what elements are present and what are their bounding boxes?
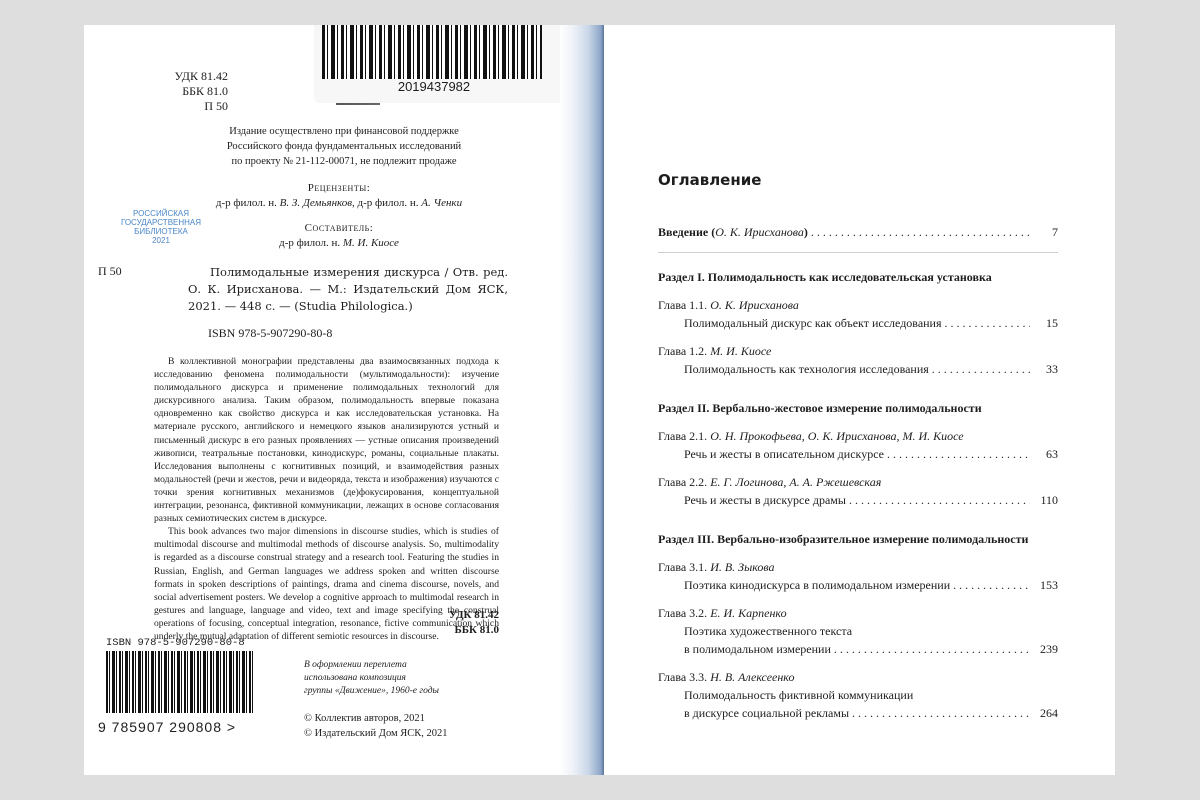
page-number: 33 — [1036, 360, 1058, 378]
chapter-title: в дискурсе социальной рекламы — [684, 704, 849, 722]
toc-chapter[interactable]: Глава 1.2. М. И. КиосеПолимодальность ка… — [658, 342, 1058, 378]
stamp-line: ГОСУДАРСТВЕННАЯ — [106, 218, 216, 227]
udk-code: УДК 81.42 — [414, 608, 499, 623]
toc-section-title[interactable]: Раздел II. Вербально-жестовое измерение … — [658, 400, 1058, 417]
chapter-title: Речь и жесты в дискурсе драмы — [684, 491, 846, 509]
stamp-line: 2021 — [106, 236, 216, 245]
chapter-heading: Глава 3.2. Е. И. Карпенко — [658, 604, 1058, 622]
divider — [658, 252, 1058, 253]
chapter-title: Поэтика художественного текста — [684, 622, 852, 640]
chapter-title-line: Поэтика художественного текста — [658, 622, 1058, 640]
chapter-title-line: Полимодальность фиктивной коммуникации — [658, 686, 1058, 704]
stamp-line: БИБЛИОТЕКА — [106, 227, 216, 236]
chapter-title-line: Речь и жесты в дискурсе драмы110 — [658, 491, 1058, 509]
isbn-barcode-label: ISBN 978-5-907290-80-8 — [106, 637, 245, 649]
page-number: 15 — [1036, 314, 1058, 332]
funding-note: Издание осуществлено при финансовой подд… — [184, 124, 504, 169]
design-line: группы «Движение», 1960-е годы — [304, 685, 439, 698]
page-number: 153 — [1036, 576, 1058, 594]
ean-number: 9 785907 290808 > — [98, 719, 236, 735]
library-barcode-sticker: 2019437982 — [314, 25, 574, 103]
chapter-title-line: в дискурсе социальной рекламы264 — [658, 704, 1058, 722]
reviewers-label: Рецензенты: — [174, 182, 504, 194]
design-line: использована композиция — [304, 672, 439, 685]
page-number: 110 — [1036, 491, 1058, 509]
copyright: © Коллектив авторов, 2021 © Издательский… — [304, 711, 448, 741]
chapter-authors: Н. В. Алексеенко — [710, 670, 794, 684]
reviewer-degree: д-р филол. н. — [216, 197, 280, 209]
leader-dots — [852, 704, 1030, 722]
library-stamp: РОССИЙСКАЯ ГОСУДАРСТВЕННАЯ БИБЛИОТЕКА 20… — [106, 209, 216, 245]
leader-dots — [849, 491, 1030, 509]
funding-line: Российского фонда фундаментальных исслед… — [184, 139, 504, 154]
toc-chapter[interactable]: Глава 3.2. Е. И. КарпенкоПоэтика художес… — [658, 604, 1058, 658]
leader-dots — [887, 445, 1030, 463]
compiler-label: Составитель: — [174, 222, 504, 234]
toc-chapter[interactable]: Глава 3.3. Н. В. АлексеенкоПолимодальнос… — [658, 668, 1058, 722]
leader-dots — [834, 640, 1030, 658]
chapter-number: Глава 1.1. — [658, 298, 710, 312]
chapter-heading: Глава 2.2. Е. Г. Логинова, А. А. Ржешевс… — [658, 473, 1058, 491]
classification-codes: УДК 81.42 ББК 81.0 П 50 — [164, 69, 228, 114]
toc-sections: Раздел I. Полимодальность как исследоват… — [658, 269, 1058, 722]
funding-line: Издание осуществлено при финансовой подд… — [184, 124, 504, 139]
toc-chapter[interactable]: Глава 2.1. О. Н. Прокофьева, О. К. Ирисх… — [658, 427, 1058, 463]
compiler: д-р филол. н. М. И. Киосе — [174, 237, 504, 249]
chapter-number: Глава 1.2. — [658, 344, 710, 358]
chapter-title-line: Поэтика кинодискурса в полимодальном изм… — [658, 576, 1058, 594]
chapter-heading: Глава 3.1. И. В. Зыкова — [658, 558, 1058, 576]
chapter-number: Глава 3.3. — [658, 670, 710, 684]
chapter-heading: Глава 1.2. М. И. Киосе — [658, 342, 1058, 360]
compiler-name: М. И. Киосе — [343, 237, 399, 249]
design-line: В оформлении переплета — [304, 659, 439, 672]
reviewers: д-р филол. н. В. З. Демьянков, д-р филол… — [174, 197, 504, 209]
abstract-russian: В коллективной монографии представлены д… — [154, 355, 499, 525]
toc-intro[interactable]: Введение (О. К. Ирисханова) 7 — [658, 225, 1058, 240]
abstract: В коллективной монографии представлены д… — [154, 355, 499, 643]
chapter-heading: Глава 2.1. О. Н. Прокофьева, О. К. Ирисх… — [658, 427, 1058, 445]
toc-chapter[interactable]: Глава 1.1. О. К. ИрисхановаПолимодальный… — [658, 296, 1058, 332]
chapter-title: Речь и жесты в описательном дискурсе — [684, 445, 884, 463]
intro-close: ) — [804, 225, 808, 239]
compiler-degree: д-р филол. н. — [279, 237, 343, 249]
toc-title: Оглавление — [658, 171, 761, 189]
page-number: 264 — [1036, 704, 1058, 722]
bbk-code: ББК 81.0 — [414, 623, 499, 638]
chapter-title: Поэтика кинодискурса в полимодальном изм… — [684, 576, 950, 594]
chapter-number: Глава 2.1. — [658, 429, 710, 443]
bibliographic-entry: Полимодальные измерения дискурса / Отв. … — [188, 264, 508, 315]
reviewer-name: В. З. Демьянков — [280, 197, 352, 209]
intro-author: О. К. Ирисханова — [715, 225, 804, 239]
leader-dots — [953, 576, 1030, 594]
reviewer-degree: д-р филол. н. — [358, 197, 422, 209]
chapter-title: Полимодальный дискурс как объект исследо… — [684, 314, 942, 332]
stamp-line: РОССИЙСКАЯ — [106, 209, 216, 218]
reviewer-name: А. Ченки — [421, 197, 462, 209]
right-page: Оглавление Введение (О. К. Ирисханова) 7… — [604, 25, 1115, 775]
toc-section-title[interactable]: Раздел III. Вербально-изобразительное из… — [658, 531, 1058, 548]
chapter-heading: Глава 3.3. Н. В. Алексеенко — [658, 668, 1058, 686]
chapter-title: Полимодальность фиктивной коммуникации — [684, 686, 913, 704]
leader-dots — [945, 314, 1030, 332]
intro-label: Введение ( — [658, 225, 715, 239]
chapter-authors: И. В. Зыкова — [710, 560, 774, 574]
isbn: ISBN 978-5-907290-80-8 — [208, 326, 332, 341]
page-number: 239 — [1036, 640, 1058, 658]
classification-bottom: УДК 81.42 ББК 81.0 — [414, 608, 499, 638]
chapter-number: Глава 3.1. — [658, 560, 710, 574]
cover-design-note: В оформлении переплета использована комп… — [304, 659, 439, 698]
table-of-contents: Введение (О. К. Ирисханова) 7 Раздел I. … — [658, 225, 1058, 722]
chapter-title-line: Полимодальный дискурс как объект исследо… — [658, 314, 1058, 332]
toc-chapter[interactable]: Глава 3.1. И. В. ЗыковаПоэтика кинодиску… — [658, 558, 1058, 594]
left-page: УДК 81.42 ББК 81.0 П 50 РФФИ 2019437982 … — [84, 25, 604, 775]
leader-dots — [932, 360, 1030, 378]
chapter-number: Глава 3.2. — [658, 606, 710, 620]
copyright-line: © Издательский Дом ЯСК, 2021 — [304, 726, 448, 741]
library-barcode-number: 2019437982 — [314, 79, 554, 94]
isbn-barcode-icon — [106, 651, 254, 713]
author-mark-entry: П 50 — [98, 264, 122, 279]
bbk-code: ББК 81.0 — [164, 84, 228, 99]
chapter-authors: Е. Г. Логинова, А. А. Ржешевская — [710, 475, 881, 489]
chapter-title: в полимодальном измерении — [684, 640, 831, 658]
page-number: 63 — [1036, 445, 1058, 463]
chapter-heading: Глава 1.1. О. К. Ирисханова — [658, 296, 1058, 314]
chapter-title-line: Полимодальность как технология исследова… — [658, 360, 1058, 378]
udk-code: УДК 81.42 — [164, 69, 228, 84]
copyright-line: © Коллектив авторов, 2021 — [304, 711, 448, 726]
chapter-authors: М. И. Киосе — [710, 344, 771, 358]
page-number: 7 — [1036, 225, 1058, 240]
chapter-number: Глава 2.2. — [658, 475, 710, 489]
chapter-authors: О. К. Ирисханова — [710, 298, 799, 312]
funding-line: по проекту № 21-112-00071, не подлежит п… — [184, 154, 504, 169]
barcode-icon — [322, 25, 542, 79]
author-mark: П 50 — [164, 99, 228, 114]
toc-chapter[interactable]: Глава 2.2. Е. Г. Логинова, А. А. Ржешевс… — [658, 473, 1058, 509]
bibliographic-text: Полимодальные измерения дискурса / Отв. … — [188, 264, 508, 315]
chapter-title: Полимодальность как технология исследова… — [684, 360, 929, 378]
toc-section-title[interactable]: Раздел I. Полимодальность как исследоват… — [658, 269, 1058, 286]
chapter-title-line: в полимодальном измерении239 — [658, 640, 1058, 658]
chapter-title-line: Речь и жесты в описательном дискурсе63 — [658, 445, 1058, 463]
chapter-authors: Е. И. Карпенко — [710, 606, 786, 620]
leader-dots — [811, 225, 1030, 240]
chapter-authors: О. Н. Прокофьева, О. К. Ирисханова, М. И… — [710, 429, 963, 443]
